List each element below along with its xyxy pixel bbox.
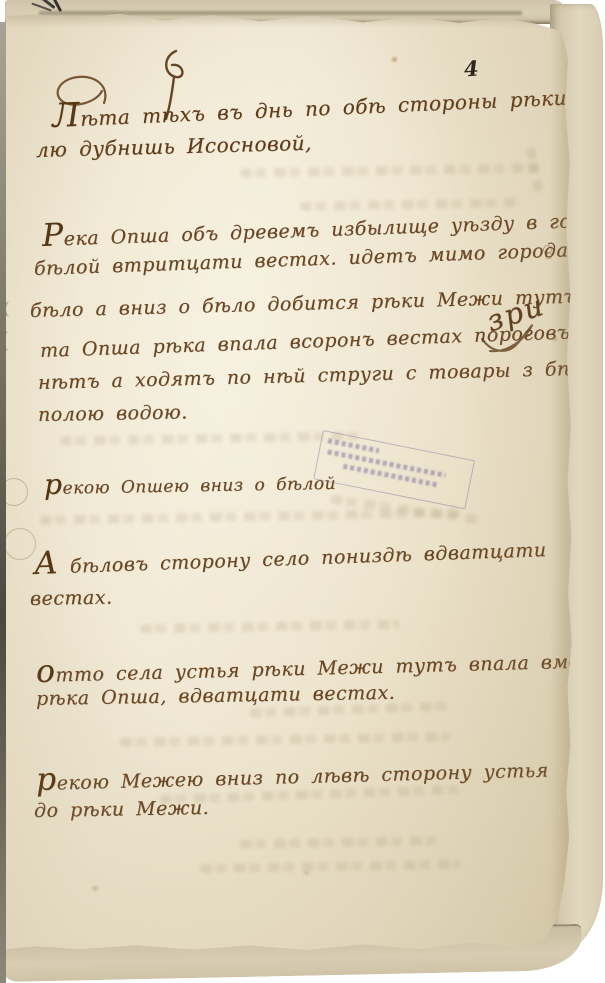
- binding-gutter: [0, 22, 6, 983]
- page-stack-edge-shadow: [39, 11, 522, 15]
- foxing-spot: [553, 337, 557, 341]
- manuscript-line: А бѣловъ сторону село пониздѣ вдватцати: [33, 528, 547, 582]
- manuscript-page-scan: 4 Лѣта тѣхъ въ днь по обѣ стороны рѣки М…: [0, 0, 605, 983]
- pen-trial-circle: [4, 528, 36, 560]
- manuscript-line: вестах.: [30, 587, 113, 610]
- bleedthrough-line: [60, 431, 360, 445]
- foxing-spot: [304, 871, 309, 875]
- manuscript-line: полою водою.: [38, 401, 188, 426]
- manuscript-heading-line: Лѣта тѣхъ въ днь по обѣ стороны рѣки Меж…: [51, 70, 605, 135]
- foxing-spot: [92, 886, 98, 891]
- manuscript-line: рекою Опшею вниз о бѣлой: [44, 463, 336, 501]
- manuscript-line: нѣтъ а ходятъ по нѣй струги с товары з б…: [38, 357, 605, 394]
- margin-tick-mark: [545, 252, 552, 259]
- bleedthrough-line: [240, 163, 540, 177]
- bleedthrough-line: [240, 836, 440, 848]
- manuscript-leaf: 4 Лѣта тѣхъ въ днь по обѣ стороны рѣки М…: [6, 13, 572, 950]
- foxing-spot: [392, 57, 397, 62]
- bleedthrough-line: [40, 508, 460, 524]
- bleedthrough-line: [140, 620, 400, 634]
- manuscript-heading-line: лю дубнишь Исосновой,: [36, 131, 312, 162]
- stamp-text-line: [343, 464, 438, 488]
- bleedthrough-line: [120, 732, 450, 747]
- bleedthrough-line: [200, 860, 460, 874]
- manuscript-line: рекою Межею вниз по лѣвѣ сторону устья: [36, 749, 549, 798]
- manuscript-line: до рѣки Межи.: [34, 797, 210, 822]
